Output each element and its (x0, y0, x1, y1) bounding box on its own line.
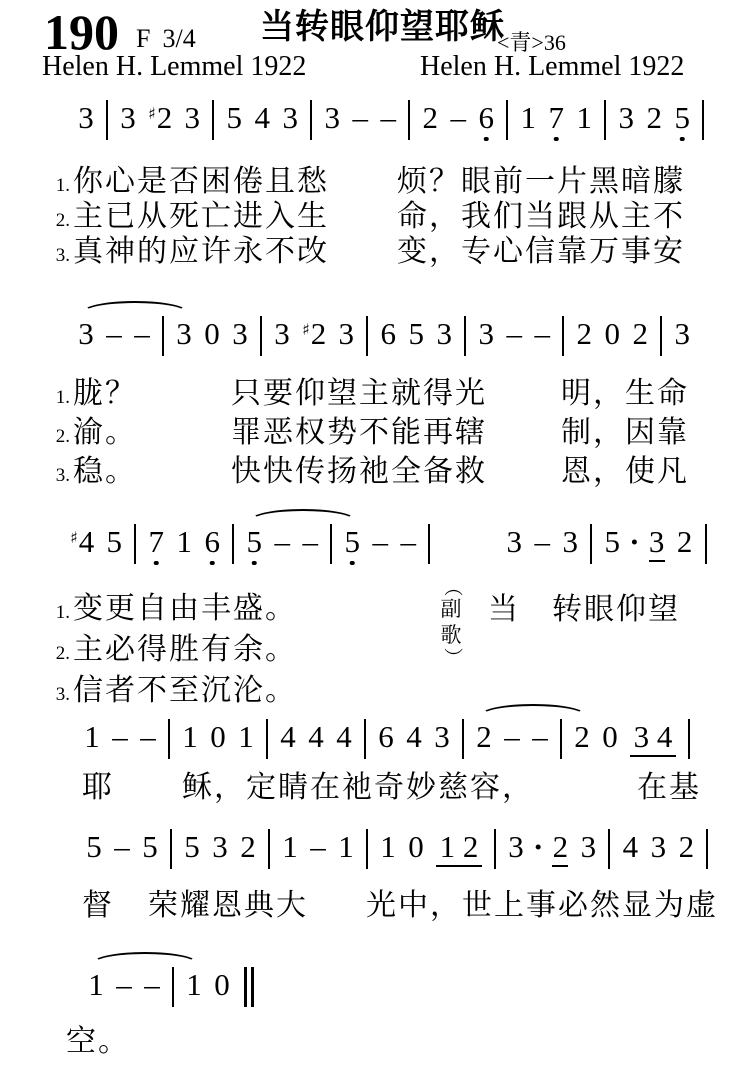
barline-icon (260, 316, 262, 356)
barline-icon (268, 829, 270, 869)
lyric-text: 在基 (637, 762, 701, 806)
verse-number: 3. (44, 684, 70, 706)
barline-icon (462, 719, 464, 759)
barline-icon (106, 100, 108, 140)
barline-icon (464, 316, 466, 356)
music-line: 1––10 (82, 951, 262, 1007)
lyric-text: 真神的应许永不改 (73, 226, 397, 270)
sharp-icon: ♯ (148, 104, 156, 123)
lyric-line: 2. 渝。 罪恶权势不能再辖 制，因靠 (44, 407, 689, 446)
lyric-line: 当 转眼仰望 (488, 584, 680, 628)
note: 3 (274, 314, 290, 354)
note: 2 (632, 314, 648, 354)
tie-arc-icon (91, 952, 199, 976)
chorus-lyric-line-3: 督 荣耀恩典大 光中，世上事必然显为虚 (82, 880, 718, 924)
lyric-text: 当 (488, 584, 552, 628)
low-octave-dot-icon (350, 561, 355, 566)
barline-icon (212, 100, 214, 140)
note: 3 (650, 827, 666, 867)
note: 7 (148, 522, 164, 562)
music-line: 33♯235433––2–6171325 (72, 84, 710, 143)
note: 2 (646, 98, 662, 138)
chorus-marker: （ 副 歌 ） (437, 578, 465, 666)
note: 3 (324, 98, 340, 138)
note: ♯2 (302, 314, 326, 359)
verse-block-2: 1. 胧？ 只要仰望主就得光 明，生命 2. 渝。 罪恶权势不能再辖 制，因靠 … (44, 368, 689, 485)
note: – (114, 827, 130, 867)
note: 1 (182, 717, 198, 757)
barline-icon (688, 719, 690, 759)
note: ♯4 (70, 522, 94, 567)
lyric-line: 3. 稳。 快快传扬祂全备救 恩，使凡 (44, 446, 689, 485)
note: – (140, 717, 156, 757)
note: – (400, 522, 416, 562)
low-octave-dot-icon (680, 137, 685, 142)
note: 3 4 (630, 719, 676, 757)
barline-icon (494, 829, 496, 869)
lyric-line: 空。 (66, 1016, 130, 1060)
lyric-text: 变，专心信靠万事安 (397, 226, 685, 270)
lyric-text: 渝。 (73, 407, 231, 451)
barline-icon (706, 829, 708, 869)
lyric-text: 稳。 (73, 446, 231, 490)
barline-icon (244, 967, 247, 1007)
note: – (310, 827, 326, 867)
note: – (352, 98, 368, 138)
note: 1 (282, 827, 298, 867)
chorus-label-char: 歌 (441, 622, 462, 648)
note: – (380, 98, 396, 138)
lyric-line: 3. 信者不至沉沦。 (44, 665, 297, 706)
note: 3 (562, 522, 578, 562)
music-line: 5–55321–1101 23·23432 (80, 813, 714, 869)
verse-number: 2. (44, 210, 70, 232)
note: 3 (184, 98, 200, 138)
lyric-text: 耶 (82, 762, 182, 806)
chorus-bracket-open: （ (442, 577, 460, 596)
barline-icon (660, 316, 662, 356)
note: 0 (604, 314, 620, 354)
hymn-sheet-page: 190 F 3/4 当转眼仰望耶稣 <青>36 Helen H. Lemmel … (0, 0, 756, 1082)
lyric-text: 光中，世上事必然显为虚 (366, 880, 718, 924)
barline-icon (705, 524, 707, 564)
sharp-icon: ♯ (70, 528, 78, 547)
note: 5 (604, 522, 620, 562)
note: – (450, 98, 466, 138)
dot-icon: · (629, 522, 639, 562)
note: 3 (282, 98, 298, 138)
note: 6 (204, 522, 220, 562)
low-octave-dot-icon (252, 561, 257, 566)
barline-icon (366, 829, 368, 869)
verse-number: 1. (44, 602, 70, 624)
chorus-lyric-line-2: 耶 稣，定睛在祂奇妙慈容， 在基 (82, 762, 701, 806)
tie-arc-icon (249, 509, 357, 533)
note: 4 (254, 98, 270, 138)
lyric-line: 1. 胧？ 只要仰望主就得光 明，生命 (44, 368, 689, 407)
lyric-text: 罪恶权势不能再辖 (231, 407, 561, 451)
final-barline-icon (244, 967, 254, 1007)
note: 0 (214, 965, 230, 1005)
lyric-text: 明，生命 (561, 368, 689, 412)
note: 5 (226, 98, 242, 138)
note: 2 (576, 314, 592, 354)
barline-icon (608, 829, 610, 869)
barline-icon (251, 967, 254, 1007)
barline-icon (168, 719, 170, 759)
lyric-text: 胧？ (73, 368, 231, 412)
tie-arc-icon (81, 301, 189, 325)
note: – (506, 314, 522, 354)
verse-block-3: 1. 变更自由丰盛。 2. 主必得胜有余。 3. 信者不至沉沦。 (44, 583, 297, 706)
verse-block-1: 1. 你心是否困倦且愁 烦？眼前一片黑暗朦 2. 主已从死亡进入生 命，我们当跟… (44, 156, 685, 261)
verse-number: 1. (44, 387, 70, 409)
note: 2 (240, 827, 256, 867)
verse-number: 2. (44, 426, 70, 448)
note: 5 (408, 314, 424, 354)
note: 4 (280, 717, 296, 757)
note: 3 (506, 522, 522, 562)
barline-icon (702, 100, 704, 140)
barline-icon (506, 100, 508, 140)
lyric-line: 督 荣耀恩典大 光中，世上事必然显为虚 (82, 880, 718, 924)
lyric-text: 变更自由丰盛。 (73, 583, 297, 627)
barline-icon (562, 316, 564, 356)
note: 3 (212, 827, 228, 867)
spacer (436, 522, 500, 523)
lyric-text: 督 (82, 880, 148, 924)
low-octave-dot-icon (484, 137, 489, 142)
note: 0 (602, 717, 618, 757)
lyric-text: 转眼仰望 (552, 584, 680, 628)
note: 4 (406, 717, 422, 757)
note: 3 (618, 98, 634, 138)
note: 3 (434, 717, 450, 757)
note: 3 (120, 98, 136, 138)
note: 3 (338, 314, 354, 354)
lyric-line: 2. 主必得胜有余。 (44, 624, 297, 665)
low-octave-dot-icon (154, 561, 159, 566)
barline-icon (364, 719, 366, 759)
verse-number: 1. (44, 175, 70, 197)
low-octave-dot-icon (210, 561, 215, 566)
chorus-first-line: 当 转眼仰望 (488, 584, 680, 628)
verse-number: 3. (44, 245, 70, 267)
lyric-line: 1. 你心是否困倦且愁 烦？眼前一片黑暗朦 (44, 156, 685, 191)
lyric-line: 耶 稣，定睛在祂奇妙慈容， 在基 (82, 762, 701, 806)
verse-number: 3. (44, 465, 70, 487)
low-octave-dot-icon (554, 137, 559, 142)
note: 5 (184, 827, 200, 867)
note: – (372, 522, 388, 562)
lyric-line: 1. 变更自由丰盛。 (44, 583, 297, 624)
note: 4 (336, 717, 352, 757)
tie-arc-icon (479, 704, 587, 728)
note: 6 (478, 98, 494, 138)
lyric-line: 3. 真神的应许永不改 变，专心信靠万事安 (44, 226, 685, 261)
chorus-label-char: 副 (441, 596, 462, 622)
note: 2 (677, 522, 693, 562)
note: 1 (520, 98, 536, 138)
lyric-text: 稣，定睛在祂奇妙慈容， (182, 762, 637, 806)
note: 2 (552, 829, 568, 867)
note: 5 (86, 827, 102, 867)
sharp-icon: ♯ (302, 320, 310, 339)
lyric-text: 主必得胜有余。 (73, 624, 297, 668)
note: 3 (436, 314, 452, 354)
author-left: Helen H. Lemmel 1922 (42, 50, 306, 84)
note: 3 (508, 827, 524, 867)
music-line: ♯457165––5––3–35·32 (64, 508, 713, 567)
note: 1 (84, 717, 100, 757)
author-right: Helen H. Lemmel 1922 (420, 50, 684, 84)
lyric-text: 只要仰望主就得光 (231, 368, 561, 412)
barline-icon (366, 316, 368, 356)
note: 1 (380, 827, 396, 867)
note: 6 (380, 314, 396, 354)
barline-icon (170, 829, 172, 869)
verse-number: 2. (44, 643, 70, 665)
note: 0 (210, 717, 226, 757)
note: 5 (674, 98, 690, 138)
note: 3 (478, 314, 494, 354)
note: 2 (422, 98, 438, 138)
barline-icon (408, 100, 410, 140)
lyric-text: 快快传扬祂全备救 (231, 446, 561, 490)
hymn-title: 当转眼仰望耶稣 (260, 8, 505, 48)
chorus-final-lyric: 空。 (66, 1016, 130, 1060)
note: 4 (622, 827, 638, 867)
note: 1 (238, 717, 254, 757)
note: 5 (106, 522, 122, 562)
barline-icon (604, 100, 606, 140)
barline-icon (590, 524, 592, 564)
note: – (534, 522, 550, 562)
barline-icon (428, 524, 430, 564)
lyric-text: 制，因靠 (561, 407, 689, 451)
note: 6 (378, 717, 394, 757)
note: 3 (232, 314, 248, 354)
note: 7 (548, 98, 564, 138)
barline-icon (232, 524, 234, 564)
note: 1 (338, 827, 354, 867)
music-line: 3––3033♯236533––2023 (72, 300, 696, 359)
lyric-text: 恩，使凡 (561, 446, 689, 490)
note: ♯2 (148, 98, 172, 143)
lyric-text: 荣耀恩典大 (148, 880, 366, 924)
music-line: 1––1014446432––203 4 (78, 703, 696, 759)
note: – (112, 717, 128, 757)
note: 3 (674, 314, 690, 354)
barline-icon (134, 524, 136, 564)
note: 5 (142, 827, 158, 867)
dot-icon: · (533, 827, 543, 867)
note: 0 (408, 827, 424, 867)
barline-icon (266, 719, 268, 759)
note: 1 (576, 98, 592, 138)
lyric-text: 空。 (66, 1016, 130, 1060)
note: 3 (649, 524, 665, 562)
lyric-line: 2. 主已从死亡进入生 命，我们当跟从主不 (44, 191, 685, 226)
note: 1 (176, 522, 192, 562)
lyric-text: 信者不至沉沦。 (73, 665, 297, 709)
chorus-bracket-close: ） (442, 647, 460, 666)
note: 3 (78, 98, 94, 138)
note: 0 (204, 314, 220, 354)
note: – (534, 314, 550, 354)
note: 2 (678, 827, 694, 867)
note: 1 2 (436, 829, 482, 867)
note: 3 (580, 827, 596, 867)
note: 4 (308, 717, 324, 757)
barline-icon (310, 100, 312, 140)
